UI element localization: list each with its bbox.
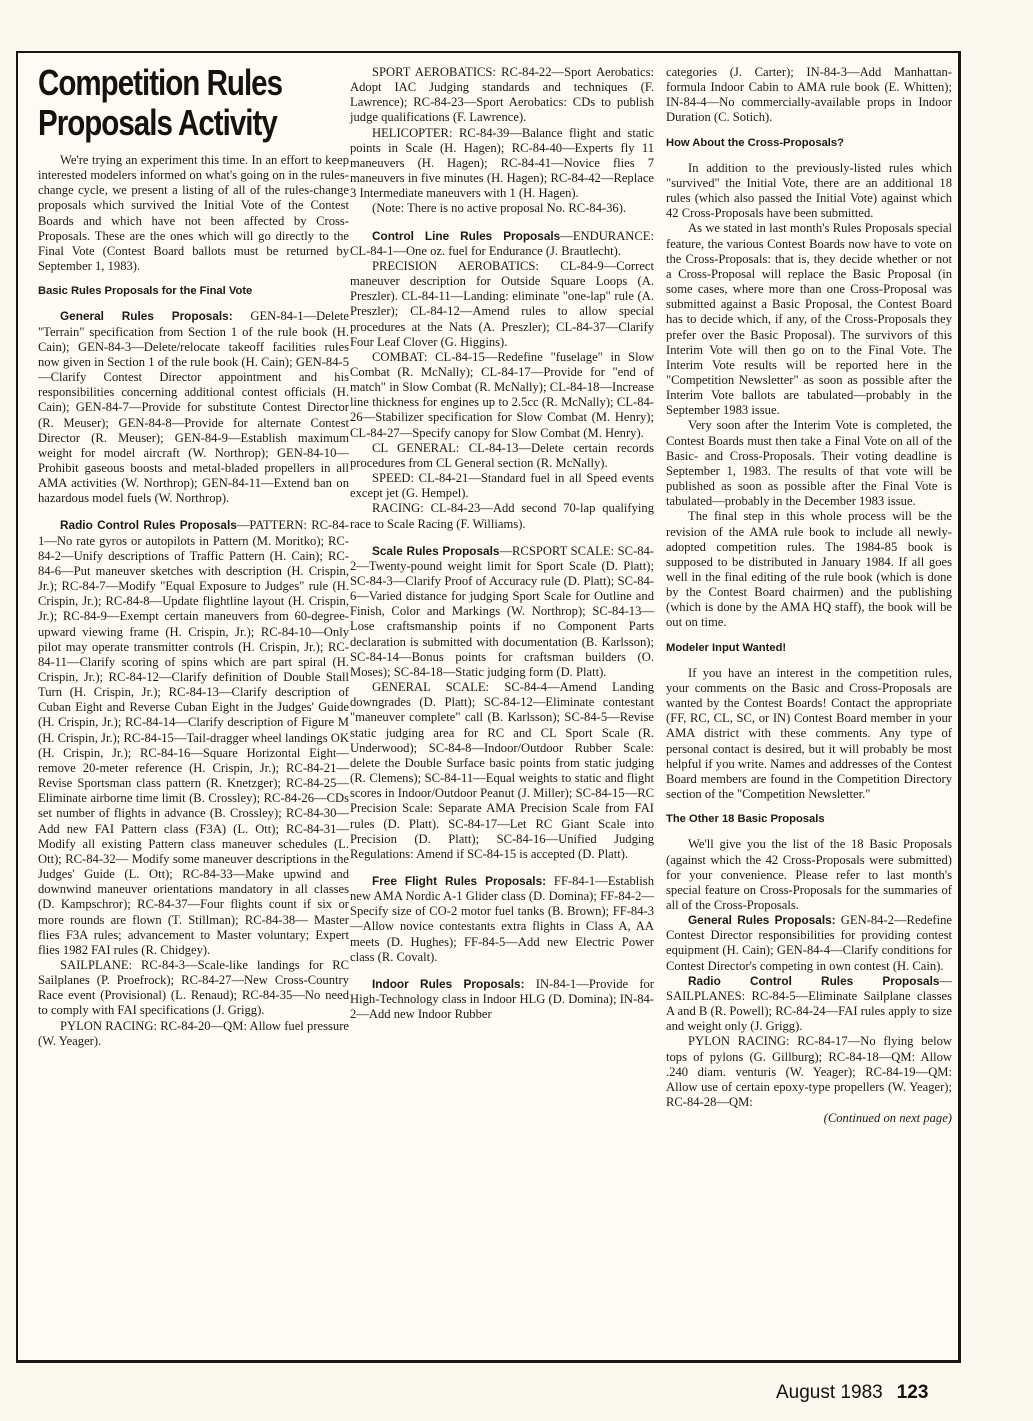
other-18-pylon-paragraph: PYLON RACING: RC-84-17—No flying below t… [666, 1034, 952, 1110]
cl-precision-paragraph: PRECISION AEROBATICS: CL-84-9—Correct ma… [350, 259, 654, 350]
cl-racing-paragraph: RACING: CL-84-23—Add second 70-lap quali… [350, 501, 654, 531]
other-18-rc-paragraph: Radio Control Rules Proposals—SAILPLANES… [666, 974, 952, 1035]
article-title: Competition Rules Proposals Activity [38, 63, 293, 143]
rc-helicopter-paragraph: HELICOPTER: RC-84-39—Balance flight and … [350, 126, 654, 202]
page-footer: August 1983123 [776, 1382, 928, 1404]
cross-paragraph-3: Very soon after the Interim Vote is comp… [666, 418, 952, 509]
article-frame: Competition Rules Proposals Activity We'… [16, 51, 961, 1363]
other-18-heading: The Other 18 Basic Proposals [666, 812, 952, 827]
title-line-1: Competition Rules [38, 63, 293, 103]
column-2: SPORT AEROBATICS: RC-84-22—Sport Aerobat… [350, 65, 654, 1022]
indoor-rules-lead: Indoor Rules Proposals: [372, 977, 525, 991]
other-18-intro: We'll give you the list of the 18 Basic … [666, 837, 952, 913]
continued-notice: (Continued on next page) [666, 1111, 952, 1126]
cl-endurance-paragraph: Control Line Rules Proposals—ENDURANCE: … [350, 229, 654, 259]
rc-sport-aerobatics-paragraph: SPORT AEROBATICS: RC-84-22—Sport Aerobat… [350, 65, 654, 126]
cl-speed-paragraph: SPEED: CL-84-21—Standard fuel in all Spe… [350, 471, 654, 501]
ff-rules-paragraph: Free Flight Rules Proposals: FF-84-1—Est… [350, 874, 654, 965]
page-number: 123 [897, 1382, 929, 1403]
scale-sport-text: —RCSPORT SCALE: SC-84-2—Twenty-pound wei… [350, 544, 654, 679]
intro-paragraph: We're trying an experiment this time. In… [38, 153, 349, 274]
cl-rules-lead: Control Line Rules Proposals [372, 229, 560, 243]
scale-rules-lead: Scale Rules Proposals [372, 544, 499, 558]
cross-proposals-heading: How About the Cross-Proposals? [666, 136, 952, 151]
general-rules-text: GEN-84-1—Delete "Terrain" specification … [38, 309, 349, 505]
general-rules-paragraph: General Rules Proposals: GEN-84-1—Delete… [38, 309, 349, 506]
ff-rules-lead: Free Flight Rules Proposals: [372, 874, 546, 888]
other-18-rc-lead: Radio Control Rules Proposals [688, 974, 939, 988]
cl-general-paragraph: CL GENERAL: CL-84-13—Delete certain reco… [350, 441, 654, 471]
title-line-2: Proposals Activity [38, 103, 293, 143]
modeler-input-heading: Modeler Input Wanted! [666, 641, 952, 656]
cross-paragraph-2: As we stated in last month's Rules Propo… [666, 221, 952, 418]
rc-pattern-text: —PATTERN: RC-84-1—No rate gyros or autop… [38, 518, 349, 956]
column-1: Competition Rules Proposals Activity We'… [38, 63, 349, 1049]
cross-paragraph-1: In addition to the previously-listed rul… [666, 161, 952, 222]
other-18-general-paragraph: General Rules Proposals: GEN-84-2—Redefi… [666, 913, 952, 974]
rc-pylon-paragraph: PYLON RACING: RC-84-20—QM: Allow fuel pr… [38, 1019, 349, 1049]
general-rules-lead: General Rules Proposals: [60, 309, 233, 323]
column-3: categories (J. Carter); IN-84-3—Add Manh… [666, 65, 952, 1126]
basic-rules-heading: Basic Rules Proposals for the Final Vote [38, 284, 349, 299]
rc-note-paragraph: (Note: There is no active proposal No. R… [350, 201, 654, 216]
modeler-input-paragraph: If you have an interest in the competiti… [666, 666, 952, 802]
rc-sailplane-paragraph: SAILPLANE: RC-84-3—Scale-like landings f… [38, 958, 349, 1019]
scale-general-paragraph: GENERAL SCALE: SC-84-4—Amend Landing dow… [350, 680, 654, 862]
rc-rules-lead: Radio Control Rules Proposals [60, 518, 237, 532]
issue-date: August 1983 [776, 1382, 883, 1403]
other-18-general-lead: General Rules Proposals: [688, 913, 836, 927]
indoor-rules-paragraph: Indoor Rules Proposals: IN-84-1—Provide … [350, 977, 654, 1022]
scale-sport-paragraph: Scale Rules Proposals—RCSPORT SCALE: SC-… [350, 544, 654, 680]
indoor-rules-continued: categories (J. Carter); IN-84-3—Add Manh… [666, 65, 952, 126]
rc-pattern-paragraph: Radio Control Rules Proposals—PATTERN: R… [38, 518, 349, 958]
cross-paragraph-4: The final step in this whole process wil… [666, 509, 952, 630]
cl-combat-paragraph: COMBAT: CL-84-15—Redefine "fuselage" in … [350, 350, 654, 441]
